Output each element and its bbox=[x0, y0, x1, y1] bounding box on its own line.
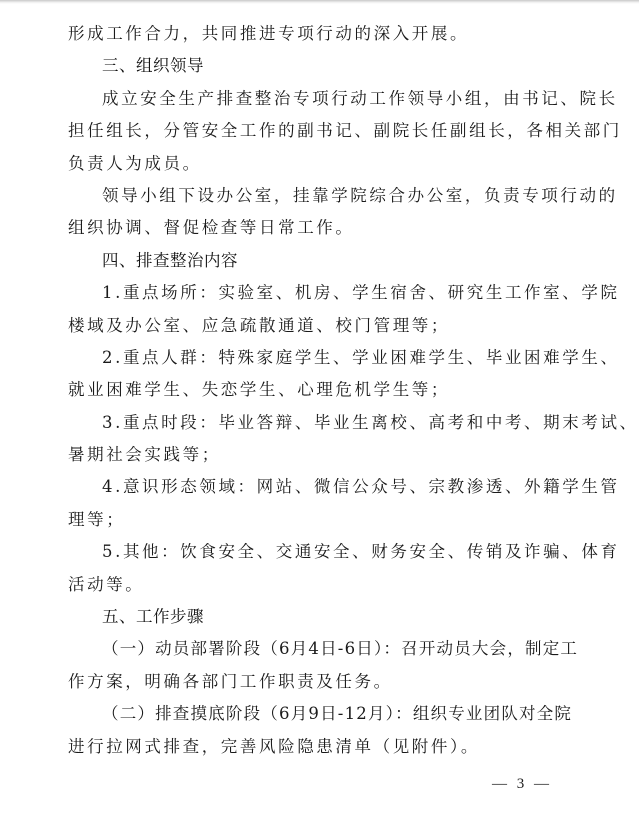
top-edge-shadow bbox=[0, 0, 639, 4]
paragraph-line: 领导小组下设办公室，挂靠学院综合办公室，负责专项行动的 bbox=[68, 180, 568, 212]
list-item-4: 4.意识形态领域：网站、微信公众号、宗教渗透、外籍学生管 bbox=[68, 471, 568, 503]
body-line: 就业困难学生、失恋学生、心理危机学生等； bbox=[68, 374, 568, 406]
list-item-3: 3.重点时段：毕业答辩、毕业生离校、高考和中考、期末考试、 bbox=[68, 407, 568, 439]
body-line: 作方案，明确各部门工作职责及任务。 bbox=[68, 666, 568, 698]
document-page: 形成工作合力，共同推进专项行动的深入开展。 三、组织领导 成立安全生产排查整治专… bbox=[68, 18, 568, 763]
section-heading-5: 五、工作步骤 bbox=[68, 601, 568, 633]
section-heading-4: 四、排查整治内容 bbox=[68, 245, 568, 277]
body-line: 负责人为成员。 bbox=[68, 148, 568, 180]
body-line: 活动等。 bbox=[68, 569, 568, 601]
body-line: 组织协调、督促检查等日常工作。 bbox=[68, 212, 568, 244]
body-line: 暑期社会实践等； bbox=[68, 439, 568, 471]
body-line: 楼域及办公室、应急疏散通道、校门管理等； bbox=[68, 310, 568, 342]
body-line: 理等； bbox=[68, 504, 568, 536]
step-1: （一）动员部署阶段（6月4日-6日）：召开动员大会，制定工 bbox=[68, 633, 568, 665]
section-heading-3: 三、组织领导 bbox=[68, 50, 568, 82]
list-item-5: 5.其他：饮食安全、交通安全、财务安全、传销及诈骗、体育 bbox=[68, 536, 568, 568]
step-2: （二）排查摸底阶段（6月9日-12月）：组织专业团队对全院 bbox=[68, 698, 568, 730]
body-line: 形成工作合力，共同推进专项行动的深入开展。 bbox=[68, 18, 568, 50]
paragraph-line: 成立安全生产排查整治专项行动工作领导小组，由书记、院长 bbox=[68, 83, 568, 115]
list-item-1: 1.重点场所：实验室、机房、学生宿舍、研究生工作室、学院 bbox=[68, 277, 568, 309]
page-number: — 3 — bbox=[492, 776, 552, 793]
body-line: 进行拉网式排查，完善风险隐患清单（见附件）。 bbox=[68, 731, 568, 763]
list-item-2: 2.重点人群：特殊家庭学生、学业困难学生、毕业困难学生、 bbox=[68, 342, 568, 374]
body-line: 担任组长，分管安全工作的副书记、副院长任副组长，各相关部门 bbox=[68, 115, 568, 147]
